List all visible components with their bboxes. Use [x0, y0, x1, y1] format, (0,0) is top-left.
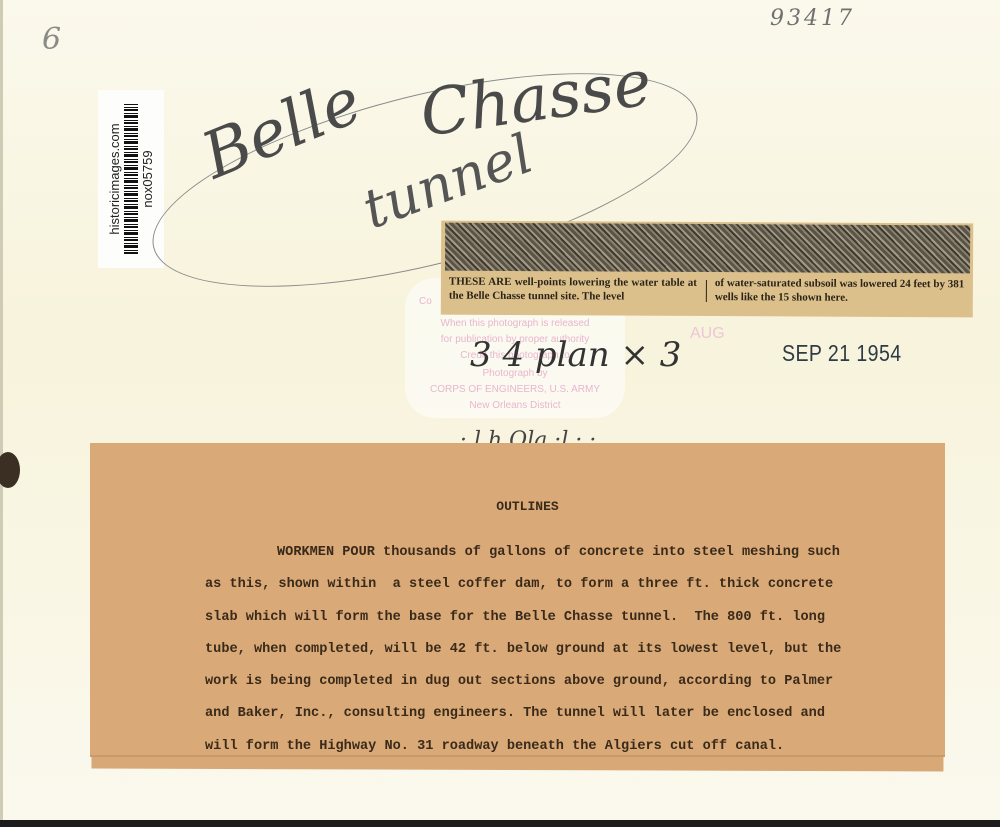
barcode-site: historicimages.com: [107, 123, 122, 234]
outline-line: work is being completed in dug out secti…: [205, 666, 855, 698]
outline-line: WORKMEN POUR thousands of gallons of con…: [205, 537, 855, 569]
faded-date-stamp: AUG: [690, 325, 725, 343]
credit-line: CORPS OF ENGINEERS, U.S. ARMY: [405, 384, 625, 395]
clipping-caption-left: THESE ARE well-points lowering the water…: [449, 275, 697, 304]
barcode-icon: [124, 104, 138, 254]
outline-line: will form the Highway No. 31 roadway ben…: [205, 731, 855, 763]
barcode-id: nox05759: [140, 150, 155, 207]
clipping-divider: [706, 280, 707, 302]
handwritten-print-note: 3 4 plan × 3: [470, 335, 681, 375]
corner-number: 6: [42, 22, 61, 57]
photo-back: 6 93417 historicimages.com nox05759 Bell…: [0, 0, 1000, 820]
outline-title: OUTLINES: [90, 499, 945, 514]
outline-sheet: OUTLINES WORKMEN POUR thousands of gallo…: [90, 443, 945, 755]
clipping-photo: [445, 223, 970, 274]
date-stamp: SEP 21 1954: [782, 340, 902, 367]
credit-line: New Orleans District: [405, 400, 625, 411]
clipping-caption-right: of water-saturated subsoil was lowered 2…: [715, 276, 967, 305]
outline-line: tube, when completed, will be 42 ft. bel…: [205, 634, 855, 666]
bottom-edge: [0, 820, 1000, 827]
credit-line: When this photograph is released: [405, 318, 625, 329]
outline-line: and Baker, Inc., consulting engineers. T…: [205, 698, 855, 730]
left-edge: [0, 0, 3, 820]
newspaper-clipping: THESE ARE well-points lowering the water…: [441, 221, 973, 318]
outline-body: WORKMEN POUR thousands of gallons of con…: [205, 537, 855, 763]
ink-blot: [0, 452, 20, 488]
reference-number: 93417: [770, 6, 855, 31]
outline-line: as this, shown within a steel coffer dam…: [205, 569, 855, 601]
outline-line: slab which will form the base for the Be…: [205, 602, 855, 634]
